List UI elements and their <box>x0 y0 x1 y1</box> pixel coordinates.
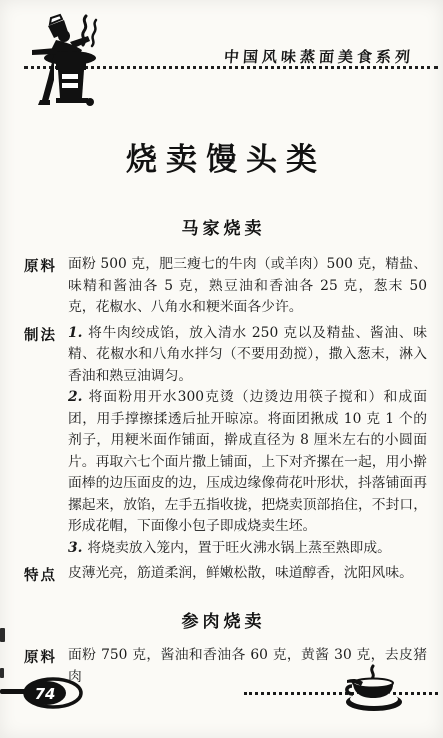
method-step: 1.将牛肉绞成馅，放入清水 250 克以及精盐、酱油、味精、花椒水和八角水拌匀（… <box>68 323 427 388</box>
ingredients-label: 原料 <box>24 254 68 319</box>
recipe-majia-shaomai: 马家烧卖 原料 面粉 500 克，肥三瘦七的牛肉（或羊肉）500 克，精盐、味精… <box>0 214 443 585</box>
features-label: 特点 <box>24 563 68 585</box>
recipe-title: 马家烧卖 <box>0 214 443 239</box>
page-content: 马家烧卖 原料 面粉 500 克，肥三瘦七的牛肉（或羊肉）500 克，精盐、味精… <box>0 214 443 692</box>
features-row: 特点 皮薄光亮，筋道柔润，鲜嫩松散，味道醇香，沈阳风味。 <box>0 563 443 585</box>
method-label: 制法 <box>24 323 68 560</box>
step-text: 将面粉用开水300克烫（边烫边用筷子搅和）和成面团，用手撑擦揉透后扯开晾凉。将面… <box>68 389 427 534</box>
page-number: 74 <box>35 685 56 703</box>
method-step: 3.将烧卖放入笼内，置于旺火沸水锅上蒸至熟即成。 <box>68 538 427 560</box>
features-paragraph: 皮薄光亮，筋道柔润，鲜嫩松散，味道醇香，沈阳风味。 <box>68 563 427 585</box>
ingredients-row: 原料 面粉 500 克，肥三瘦七的牛肉（或羊肉）500 克，精盐、味精和酱油各 … <box>0 254 443 319</box>
ingredients-text: 面粉 500 克，肥三瘦七的牛肉（或羊肉）500 克，精盐、味精和酱油各 5 克… <box>68 254 427 319</box>
chef-cooking-icon <box>26 12 110 108</box>
footer-dotted-rule <box>244 692 438 695</box>
step-text: 将牛肉绞成馅，放入清水 250 克以及精盐、酱油、味精、花椒水和八角水拌匀（不要… <box>68 325 427 384</box>
step-text: 将烧卖放入笼内，置于旺火沸水锅上蒸至熟即成。 <box>87 540 391 556</box>
step-number: 3. <box>68 540 82 556</box>
method-step: 2.将面粉用开水300克烫（边烫边用筷子搅和）和成面团，用手撑擦揉透后扯开晾凉。… <box>68 387 427 538</box>
series-title: 中国风味蒸面美食系列 <box>223 46 438 67</box>
recipe-title: 参肉烧卖 <box>0 607 443 632</box>
page-title: 烧卖馒头类 <box>0 134 443 179</box>
scan-artifact <box>0 668 4 678</box>
step-number: 1. <box>68 325 82 341</box>
scan-artifact <box>0 628 5 642</box>
method-row: 制法 1.将牛肉绞成馅，放入清水 250 克以及精盐、酱油、味精、花椒水和八角水… <box>0 323 443 560</box>
book-page: 中国风味蒸面美食系列 烧卖馒头类 马家烧卖 原料 面粉 500 克，肥三瘦七的牛… <box>0 0 443 738</box>
method-text: 1.将牛肉绞成馅，放入清水 250 克以及精盐、酱油、味精、花椒水和八角水拌匀（… <box>68 323 427 560</box>
teacup-icon <box>343 664 405 714</box>
ingredients-paragraph: 面粉 500 克，肥三瘦七的牛肉（或羊肉）500 克，精盐、味精和酱油各 5 克… <box>68 254 427 319</box>
features-text: 皮薄光亮，筋道柔润，鲜嫩松散，味道醇香，沈阳风味。 <box>68 563 427 585</box>
step-number: 2. <box>68 389 82 405</box>
page-number-badge: 74 <box>0 674 88 714</box>
